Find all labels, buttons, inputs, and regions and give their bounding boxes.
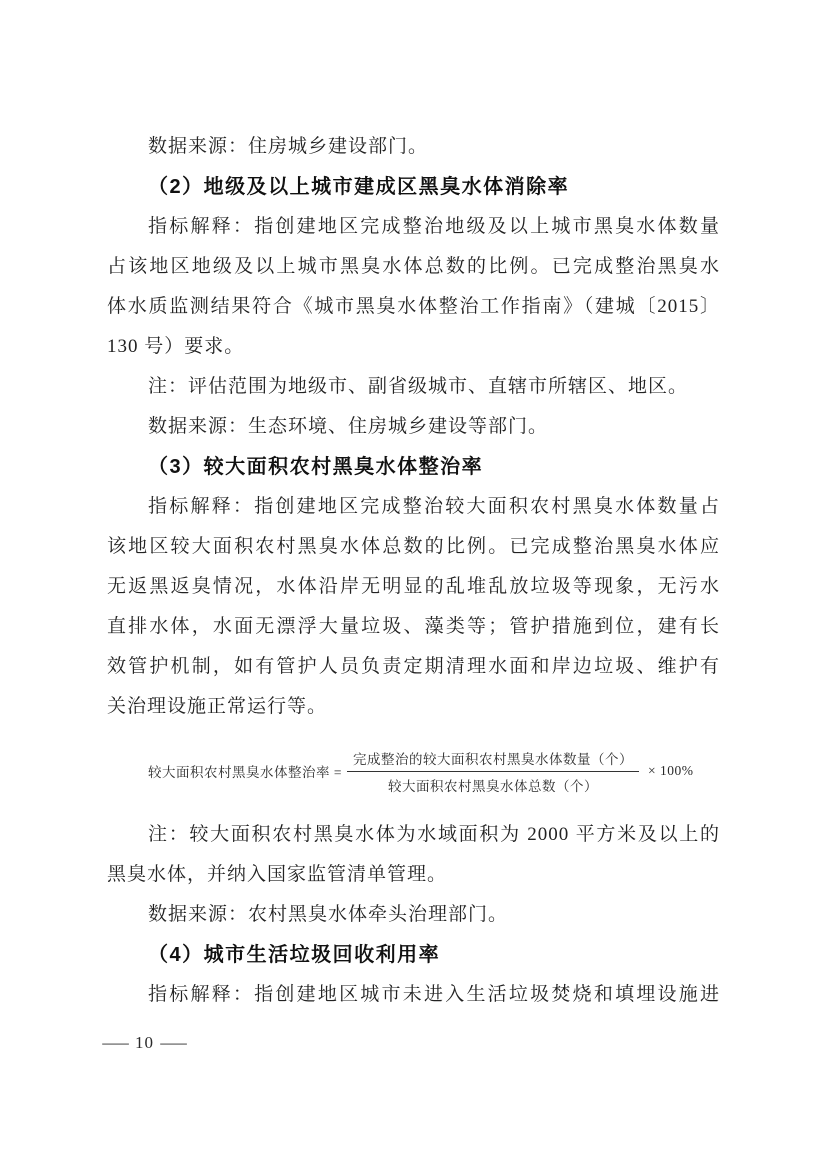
note-line: 注：较大面积农村黑臭水体为水域面积为 2000 平方米及以上的 [107, 815, 720, 855]
section-heading-4: （4）城市生活垃圾回收利用率 [107, 935, 720, 975]
explanation-line: 效管护机制，如有管护人员负责定期清理水面和岸边垃圾、维护有 [107, 647, 720, 687]
formula-lhs: 较大面积农村黑臭水体整治率 = [148, 761, 342, 781]
explanation-line: 体水质监测结果符合《城市黑臭水体整治工作指南》（建城〔2015〕 [107, 287, 720, 327]
formula: 较大面积农村黑臭水体整治率 = 完成整治的较大面积农村黑臭水体数量（个） 较大面… [107, 727, 720, 815]
section-heading-2: （2）地级及以上城市建成区黑臭水体消除率 [107, 167, 720, 207]
page-number: 10 [135, 1033, 154, 1053]
data-source-line: 数据来源：住房城乡建设部门。 [107, 127, 720, 167]
explanation-line: 指标解释：指创建地区完成整治较大面积农村黑臭水体数量占 [107, 487, 720, 527]
note-line: 注：评估范围为地级市、副省级城市、直辖市所辖区、地区。 [107, 367, 720, 407]
note-line: 黑臭水体，并纳入国家监管清单管理。 [107, 855, 720, 895]
data-source-line: 数据来源：生态环境、住房城乡建设等部门。 [107, 407, 720, 447]
explanation-line: 指标解释：指创建地区完成整治地级及以上城市黑臭水体数量 [107, 207, 720, 247]
formula-denominator: 较大面积农村黑臭水体总数（个） [347, 772, 639, 795]
text-block: 数据来源：住房城乡建设部门。 （2）地级及以上城市建成区黑臭水体消除率 指标解释… [107, 127, 720, 1015]
formula-numerator: 完成整治的较大面积农村黑臭水体数量（个） [347, 748, 639, 772]
footer-dash-right: — [160, 1033, 186, 1053]
formula-fraction: 完成整治的较大面积农村黑臭水体数量（个） 较大面积农村黑臭水体总数（个） [347, 748, 639, 795]
footer-dash-left: — [102, 1033, 128, 1053]
explanation-line: 占该地区地级及以上城市黑臭水体总数的比例。已完成整治黑臭水 [107, 247, 720, 287]
page-footer: — 10 — [107, 1028, 182, 1058]
explanation-line: 无返黑返臭情况，水体沿岸无明显的乱堆乱放垃圾等现象，无污水 [107, 567, 720, 607]
data-source-line: 数据来源：农村黑臭水体牵头治理部门。 [107, 895, 720, 935]
explanation-line: 该地区较大面积农村黑臭水体总数的比例。已完成整治黑臭水体应 [107, 527, 720, 567]
explanation-line: 直排水体，水面无漂浮大量垃圾、藻类等；管护措施到位，建有长 [107, 607, 720, 647]
explanation-line: 指标解释：指创建地区城市未进入生活垃圾焚烧和填埋设施进 [107, 975, 720, 1015]
explanation-line: 130 号）要求。 [107, 327, 720, 367]
document-page: 数据来源：住房城乡建设部门。 （2）地级及以上城市建成区黑臭水体消除率 指标解释… [0, 0, 826, 1169]
formula-multiplier: × 100% [648, 763, 693, 779]
section-heading-3: （3）较大面积农村黑臭水体整治率 [107, 447, 720, 487]
explanation-line: 关治理设施正常运行等。 [107, 687, 720, 727]
